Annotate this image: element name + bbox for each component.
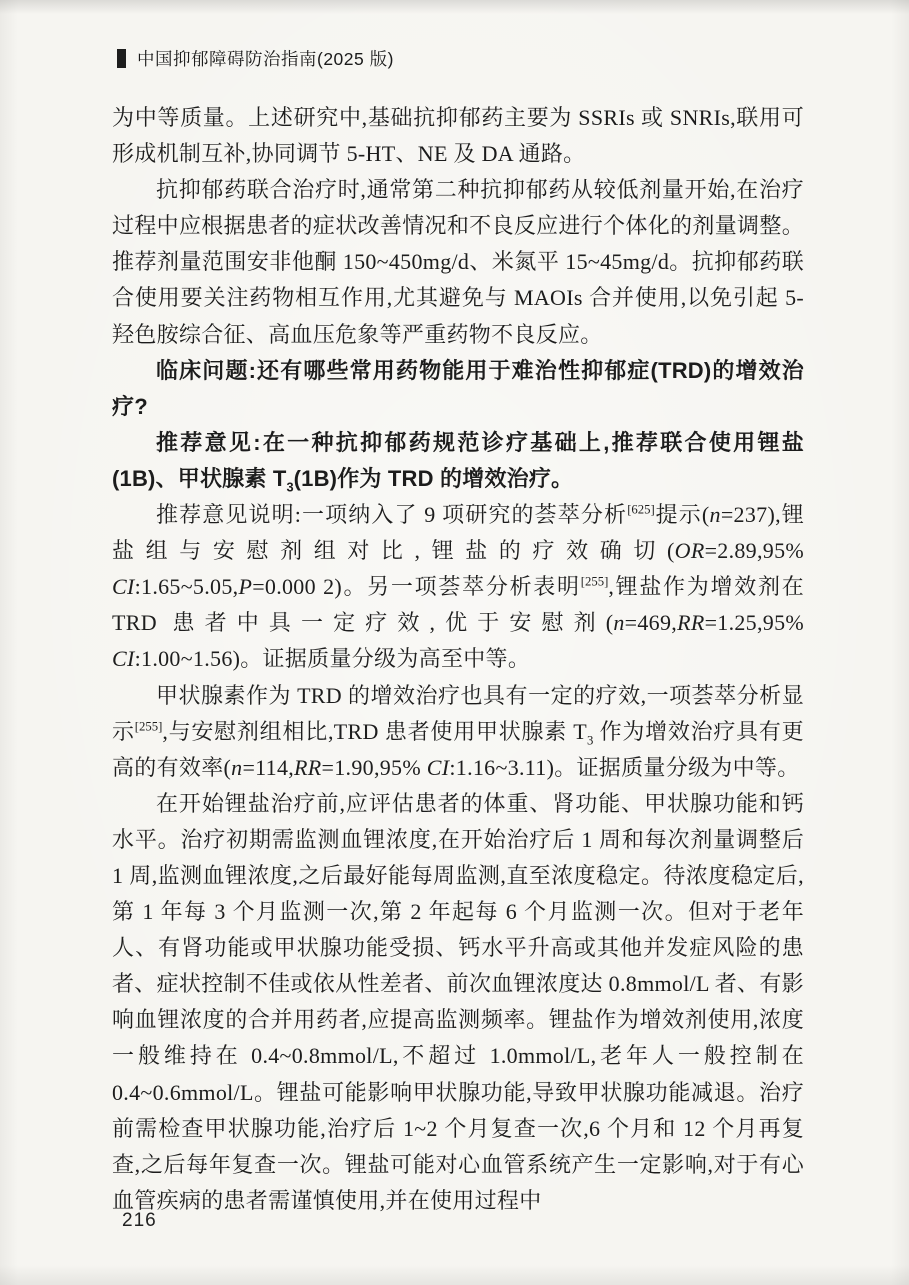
text-run: =114, bbox=[242, 755, 294, 780]
section-marker-icon bbox=[117, 49, 126, 68]
text-run: 推荐意见说明:一项纳入了 9 项研究的荟萃分析 bbox=[156, 502, 627, 527]
text-run-i: RR bbox=[677, 610, 704, 635]
text-run: 为中等质量。上述研究中,基础抗抑郁药主要为 SSRIs 或 SNRIs,联用可形… bbox=[112, 105, 804, 166]
clinical-question-heading: 临床问题:还有哪些常用药物能用于难治性抑郁症(TRD)的增效治疗? bbox=[112, 353, 804, 425]
text-run: (1B)作为 TRD 的增效治疗。 bbox=[294, 466, 574, 491]
text-run-i: n bbox=[710, 502, 721, 527]
text-run-i: CI bbox=[427, 755, 450, 780]
text-run: :1.65~5.05, bbox=[135, 574, 239, 599]
text-run: ,与安慰剂组相比,TRD 患者使用甲状腺素 T bbox=[162, 719, 587, 744]
text-run: 提示( bbox=[655, 502, 710, 527]
recommendation-heading: 推荐意见:在一种抗抑郁药规范诊疗基础上,推荐联合使用锂盐(1B)、甲状腺素 T3… bbox=[112, 425, 804, 497]
text-run-i: RR bbox=[294, 755, 321, 780]
text-run: 在开始锂盐治疗前,应评估患者的体重、肾功能、甲状腺功能和钙水平。治疗初期需监测血… bbox=[112, 791, 804, 1213]
text-run-i: n bbox=[231, 755, 242, 780]
text-run: =469, bbox=[625, 610, 677, 635]
page-body: 为中等质量。上述研究中,基础抗抑郁药主要为 SSRIs 或 SNRIs,联用可形… bbox=[112, 100, 804, 1219]
text-run-sub: 3 bbox=[287, 479, 294, 494]
text-run-sup: [625] bbox=[627, 503, 655, 517]
text-run: :1.00~1.56)。证据质量分级为高至中等。 bbox=[135, 646, 531, 671]
text-run: =0.000 2)。另一项荟萃分析表明 bbox=[252, 574, 581, 599]
paragraph-thyroid-hormone: 甲状腺素作为 TRD 的增效治疗也具有一定的疗效,一项荟萃分析显示[255],与… bbox=[112, 678, 804, 786]
running-header: 中国抑郁障碍防治指南(2025 版) bbox=[117, 46, 394, 71]
text-run: 抗抑郁药联合治疗时,通常第二种抗抑郁药从较低剂量开始,在治疗过程中应根据患者的症… bbox=[112, 177, 804, 346]
text-run-i: P bbox=[238, 574, 252, 599]
paragraph-recommendation-explanation: 推荐意见说明:一项纳入了 9 项研究的荟萃分析[625]提示(n=237),锂盐… bbox=[112, 497, 804, 677]
book-page: 中国抑郁障碍防治指南(2025 版) 为中等质量。上述研究中,基础抗抑郁药主要为… bbox=[0, 0, 909, 1285]
text-run-i: CI bbox=[112, 646, 135, 671]
paragraph-combination-therapy: 抗抑郁药联合治疗时,通常第二种抗抑郁药从较低剂量开始,在治疗过程中应根据患者的症… bbox=[112, 172, 804, 352]
text-run: =2.89,95% bbox=[705, 538, 804, 563]
text-run-sup: [255] bbox=[581, 575, 609, 589]
text-run: =1.90,95% bbox=[322, 755, 427, 780]
text-run-i: OR bbox=[675, 538, 705, 563]
text-run-i: n bbox=[613, 610, 624, 635]
running-header-title: 中国抑郁障碍防治指南(2025 版) bbox=[137, 46, 394, 71]
text-run: =1.25,95% bbox=[705, 610, 804, 635]
text-run-sup: [255] bbox=[135, 719, 163, 733]
paragraph-lithium-monitoring: 在开始锂盐治疗前,应评估患者的体重、肾功能、甲状腺功能和钙水平。治疗初期需监测血… bbox=[112, 786, 804, 1219]
text-run: 临床问题:还有哪些常用药物能用于难治性抑郁症(TRD)的增效治疗? bbox=[112, 358, 804, 419]
text-run-i: CI bbox=[112, 574, 135, 599]
page-number: 216 bbox=[122, 1210, 157, 1232]
text-run: :1.16~3.11)。证据质量分级为中等。 bbox=[449, 755, 799, 780]
paragraph-continuation: 为中等质量。上述研究中,基础抗抑郁药主要为 SSRIs 或 SNRIs,联用可形… bbox=[112, 100, 804, 172]
